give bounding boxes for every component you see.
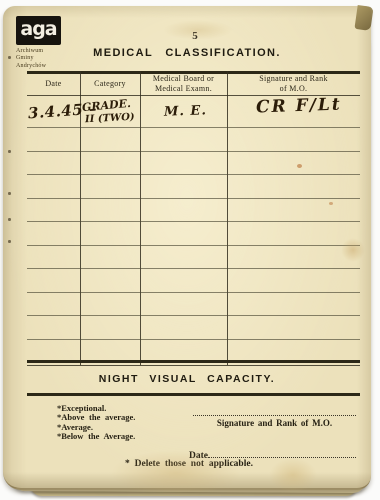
row-divider	[27, 221, 360, 222]
mo-signature-caption: Signature and Rank of M.O.	[193, 418, 356, 428]
binding-hole	[8, 240, 11, 243]
row-divider	[27, 315, 360, 316]
paper-stain	[269, 458, 317, 492]
column-header-category: Category	[80, 79, 140, 89]
column-divider	[227, 71, 228, 365]
section-title-medical-classification: MEDICAL CLASSIFICATION.	[3, 47, 371, 59]
row-divider	[27, 198, 360, 199]
date-dotted-line	[208, 448, 356, 458]
footnote: *Below the Average.	[57, 432, 197, 441]
page-number: 5	[3, 30, 371, 42]
header-line: of M.O.	[227, 84, 360, 94]
binding-hole	[8, 192, 11, 195]
corner-fold	[354, 5, 373, 31]
binding-hole	[8, 218, 11, 221]
handwritten-category-line2: II (TWO)	[85, 112, 135, 126]
row-divider	[27, 174, 360, 175]
column-header-medical-board: Medical Board or Medical Examn.	[140, 74, 227, 93]
archive-stamp-line: Andrychów	[16, 63, 86, 70]
row-divider	[27, 339, 360, 340]
binding-hole	[8, 150, 11, 153]
row-divider	[27, 245, 360, 246]
handwritten-signature: CR F/Lt	[256, 95, 342, 118]
section-title-night-visual-capacity: NIGHT VISUAL CAPACITY.	[3, 373, 371, 385]
row-divider	[27, 127, 360, 128]
mo-signature-dotted-line	[193, 415, 356, 416]
night-section-rule	[27, 393, 360, 396]
column-divider	[140, 71, 141, 365]
row-divider	[27, 292, 360, 293]
header-line: Medical Board or	[140, 74, 227, 84]
table-bottom-rule-thin	[27, 365, 360, 366]
header-line: Medical Examn.	[140, 84, 227, 94]
classification-table: Date Category Medical Board or Medical E…	[27, 71, 360, 365]
table-bottom-rule	[27, 360, 360, 363]
delete-note: * Delete those not applicable.	[125, 459, 253, 469]
handwritten-medical-examn: M. E.	[164, 103, 207, 119]
footnote-list: *Exceptional. *Above the average. *Avera…	[57, 404, 197, 442]
column-header-date: Date	[27, 79, 80, 89]
document-page: aga Archiwum Gminy Andrychów 5 MEDICAL C…	[3, 6, 371, 490]
header-line: Signature and Rank	[227, 74, 360, 84]
row-divider	[27, 268, 360, 269]
row-divider	[27, 151, 360, 152]
column-header-signature: Signature and Rank of M.O.	[227, 74, 360, 93]
binding-hole	[8, 56, 11, 59]
